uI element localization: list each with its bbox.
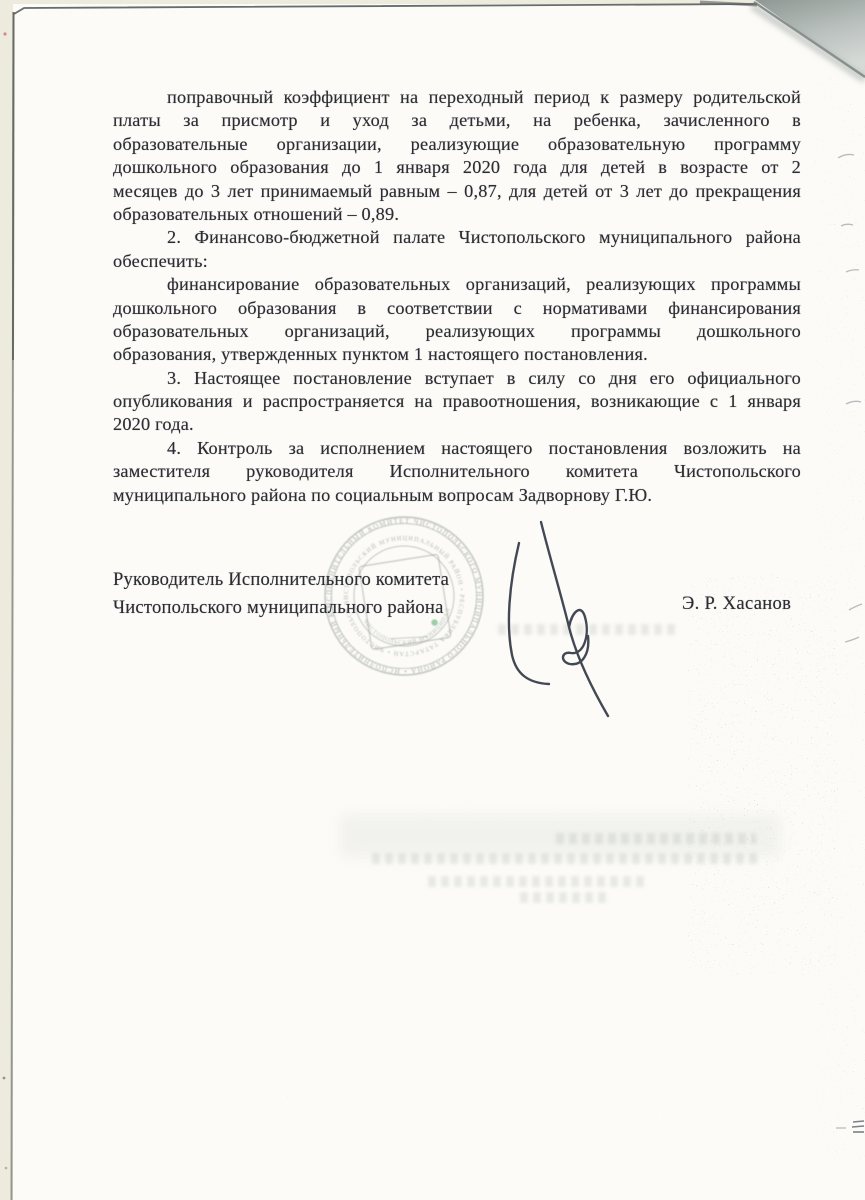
text-line: образовательных организаций, реализующих… bbox=[113, 320, 801, 343]
text-line: поправочный коэффициент на переходный пе… bbox=[113, 86, 801, 109]
text-line: заместителя руководителя Исполнительного… bbox=[113, 460, 801, 483]
signer-name: Э. Р. Хасанов bbox=[682, 592, 791, 616]
text-line: 4. Контроль за исполнением настоящего по… bbox=[113, 437, 801, 460]
text-line: дошкольного образования до 1 января 2020… bbox=[113, 156, 801, 179]
bleed-through-line bbox=[556, 833, 756, 844]
text-line: платы за присмотр и уход за детьми, на р… bbox=[113, 109, 801, 132]
text-line: муниципального района по социальным вопр… bbox=[113, 484, 801, 507]
text-line: дошкольного образования в соответствии с… bbox=[113, 297, 801, 320]
text-line: образования, утвержденных пунктом 1 наст… bbox=[113, 343, 801, 366]
bleed-through-line bbox=[428, 876, 645, 887]
text-line: 3. Настоящее постановление вступает в си… bbox=[113, 367, 801, 390]
text-line: месяцев до 3 лет принимаемый равным – 0,… bbox=[113, 180, 801, 203]
text-line: образовательных отношений – 0,89. bbox=[113, 203, 801, 226]
text-line: 2. Финансово-бюджетной палате Чистопольс… bbox=[113, 226, 801, 249]
edge-specks bbox=[3, 32, 8, 1169]
bleed-through-line bbox=[520, 892, 610, 903]
text-line: обеспечить: bbox=[113, 250, 801, 273]
text-line: образовательные организации, реализующие… bbox=[113, 133, 801, 156]
signer-position-line2: Чистопольского муниципального района bbox=[113, 594, 533, 622]
text-line: опубликования и распространяется на прав… bbox=[113, 390, 801, 413]
text-line: 2020 года. bbox=[113, 413, 801, 436]
signature-block: Руководитель Исполнительного комитета Чи… bbox=[113, 566, 533, 621]
text-line: финансирование образовательных организац… bbox=[113, 273, 801, 296]
document-text: поправочный коэффициент на переходный пе… bbox=[113, 86, 801, 507]
bleed-through-line bbox=[372, 853, 760, 864]
scanned-page: ИСПОЛНИТЕЛЬНЫЙ КОМИТЕТ ЧИСТОПОЛЬСКОГО МУ… bbox=[0, 0, 865, 1200]
bleed-through-line bbox=[498, 624, 678, 635]
signer-position-line1: Руководитель Исполнительного комитета bbox=[113, 566, 533, 594]
